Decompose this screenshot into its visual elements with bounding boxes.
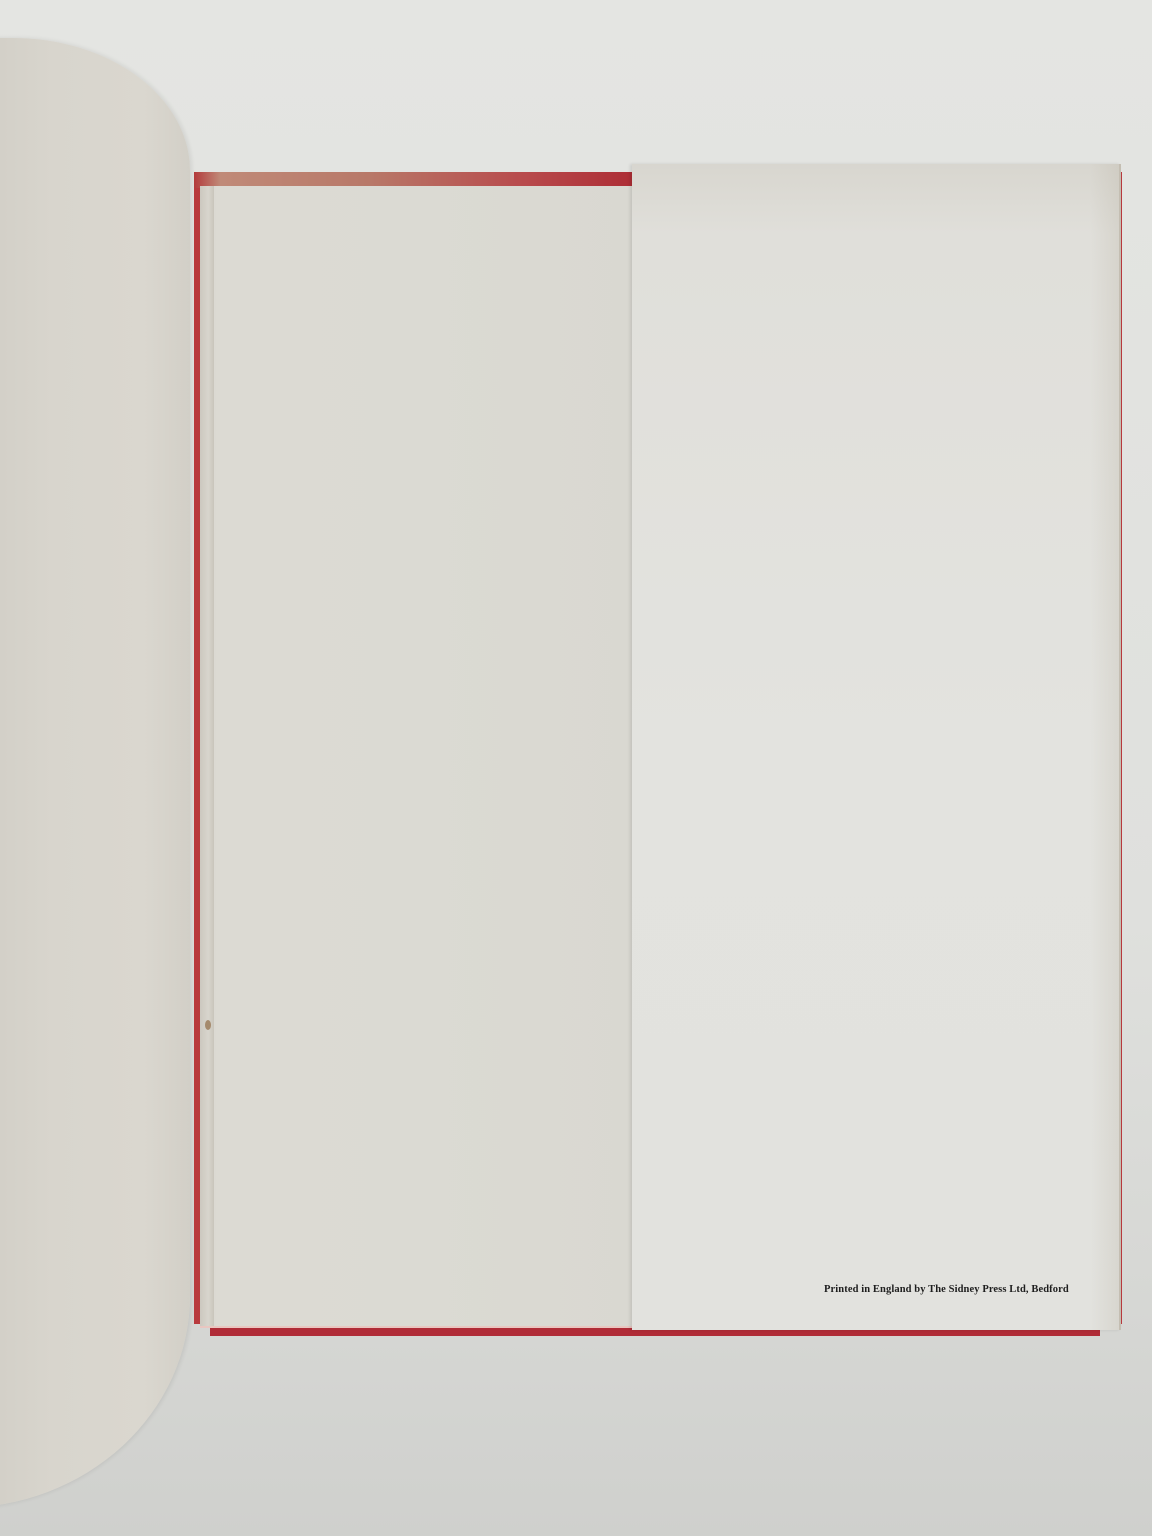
book-hinge bbox=[200, 186, 214, 1326]
endpaper-stain bbox=[205, 1020, 211, 1030]
printer-imprint: Printed in England by The Sidney Press L… bbox=[824, 1284, 1069, 1295]
dust-jacket-flap bbox=[632, 164, 1121, 1330]
dust-jacket-flap-worn-edge bbox=[1090, 164, 1119, 1330]
pasted-endpaper bbox=[200, 186, 640, 1328]
left-page-curled bbox=[0, 38, 190, 1508]
